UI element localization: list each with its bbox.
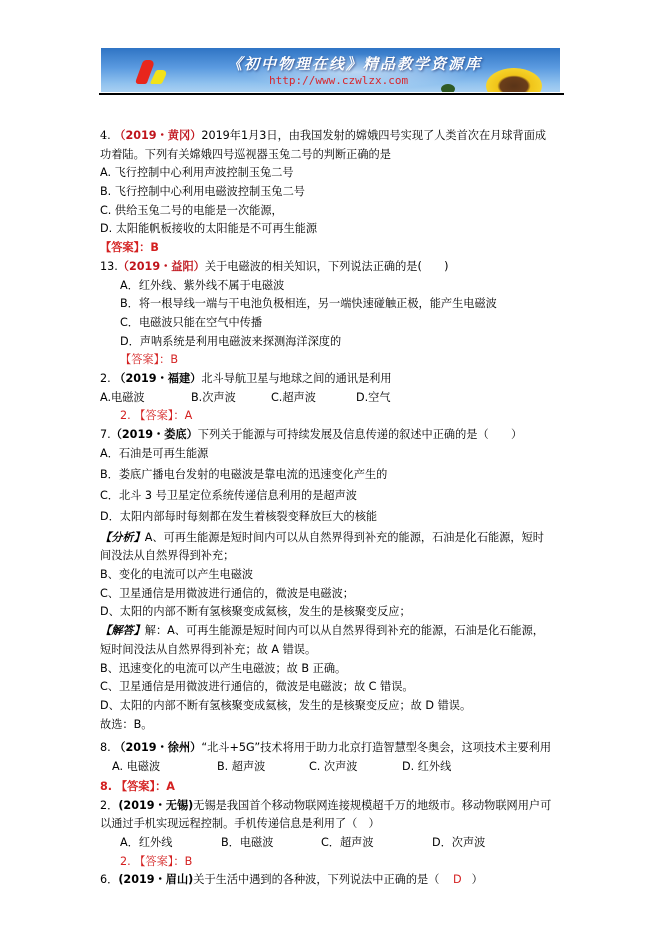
question-number: 13. — [100, 260, 118, 273]
question-2-wuxi-stem-line2: 以通过手机实现远程控制。手机传递信息是利用了（ ） — [100, 815, 570, 834]
question-4-stem-line1: 4. （2019・黄冈）2019年1月3日，由我国发射的嫦娥四号实现了人类首次在… — [100, 127, 570, 146]
option-d: D．次声波 — [432, 834, 485, 853]
question-7-solution-line3: B、迅速变化的电流可以产生电磁波；故 B 正确。 — [100, 660, 570, 679]
question-4-answer: 【答案】：B — [100, 239, 570, 258]
question-7-option-b: B．娄底广播电台发射的电磁波是靠电流的迅速变化产生的 — [100, 466, 570, 487]
question-7-option-c: C．北斗 3 号卫星定位系统传递信息利用的是超声波 — [100, 487, 570, 508]
question-stem: 2019年1月3日，由我国发射的嫦娥四号实现了人类首次在月球背面成 — [201, 129, 546, 142]
question-source: （2019・娄底） — [111, 428, 198, 441]
question-source: （2019・福建） — [114, 372, 201, 385]
question-number: 2. — [100, 372, 111, 385]
question-4-option-b: B. 飞行控制中心利用电磁波控制玉兔二号 — [100, 183, 570, 202]
question-13-option-d: D．声呐系统是利用电磁波来探测海洋深度的 — [100, 333, 570, 352]
question-7-analysis-line5: D、太阳的内部不断有氢核聚变成氦核，发生的是核聚变反应； — [100, 603, 570, 622]
question-source: （2019・徐州） — [114, 741, 201, 754]
question-6-inline-answer: D — [443, 873, 472, 886]
question-stem: 北斗导航卫星与地球之间的通讯是利用 — [201, 372, 391, 385]
option-a: A．红外线 — [120, 834, 221, 853]
document-body: 4. （2019・黄冈）2019年1月3日，由我国发射的嫦娥四号实现了人类首次在… — [100, 127, 570, 890]
czwlzx-logo-accent-icon — [150, 70, 169, 84]
question-stem: 无锡是我国首个移动物联网连接规模超千万的地级市。移动物联网用户可 — [193, 799, 551, 812]
banner-url: http://www.czwlzx.com — [269, 74, 408, 87]
question-stem: 下列关于能源与可持续发展及信息传递的叙述中正确的是（ ） — [198, 428, 522, 441]
question-2-fujian-options: A.电磁波B.次声波C.超声波D.空气 — [100, 389, 570, 408]
question-number: 6． — [100, 873, 118, 886]
question-number: 4. — [100, 129, 111, 142]
question-source: (2019・无锡) — [118, 799, 193, 812]
question-stem: “北斗+5G”技术将用于助力北京打造智慧型冬奥会，这项技术主要利用 — [201, 741, 551, 754]
question-4-option-c: C. 供给玉兔二号的电能是一次能源， — [100, 202, 570, 221]
question-4-stem-line2: 功着陆。下列有关嫦娥四号巡视器玉兔二号的判断正确的是 — [100, 146, 570, 165]
solution-text: 解：A、可再生能源是短时间内可以从自然界得到补充的能源，石油是化石能源， — [145, 624, 544, 637]
option-b: B.次声波 — [191, 389, 271, 408]
question-7-solution-line5: D、太阳的内部不断有氢核聚变成氦核，发生的是核聚变反应；故 D 错误。 — [100, 697, 570, 716]
question-number: 8. — [100, 741, 111, 754]
question-7-option-d: D．太阳内部每时每刻都在发生着核裂变释放巨大的核能 — [100, 508, 570, 529]
analysis-tag: 【分析】 — [100, 531, 145, 544]
option-c: C．超声波 — [321, 834, 432, 853]
question-7-solution-line4: C、卫星通信是用微波进行通信的，微波是电磁波；故 C 错误。 — [100, 678, 570, 697]
question-7-solution-line1: 【解答】解：A、可再生能源是短时间内可以从自然界得到补充的能源，石油是化石能源， — [100, 622, 570, 641]
question-7-analysis-line1: 【分析】A、可再生能源是短时间内可以从自然界得到补充的能源，石油是化石能源，短时 — [100, 529, 570, 548]
question-stem: 关于生活中遇到的各种波，下列说法中正确的是（ — [193, 873, 439, 886]
question-8-answer: 8. 【答案】：A — [100, 778, 570, 797]
question-source: (2019・眉山) — [118, 873, 193, 886]
question-number: 7. — [100, 428, 111, 441]
question-2-wuxi-stem-line1: 2．(2019・无锡)无锡是我国首个移动物联网连接规模超千万的地级市。移动物联网… — [100, 797, 570, 816]
question-6-stem: 6．(2019・眉山)关于生活中遇到的各种波，下列说法中正确的是（ D） — [100, 871, 570, 890]
question-source: （2019・益阳） — [118, 260, 205, 273]
question-13-option-c: C．电磁波只能在空气中传播 — [100, 314, 570, 333]
option-d: D. 红外线 — [402, 758, 451, 777]
sunflower-icon — [486, 68, 542, 92]
header-banner: 《初中物理在线》精品教学资源库 http://www.czwlzx.com — [101, 48, 560, 92]
question-2-fujian-stem: 2. （2019・福建）北斗导航卫星与地球之间的通讯是利用 — [100, 370, 570, 389]
question-13-option-a: A．红外线、紫外线不属于电磁波 — [100, 277, 570, 296]
question-7-solution-line2: 短时间没法从自然界得到补充；故 A 错误。 — [100, 641, 570, 660]
question-13-option-b: B．将一根导线一端与干电池负极相连，另一端快速碰触正极，能产生电磁波 — [100, 295, 570, 314]
document-page: 《初中物理在线》精品教学资源库 http://www.czwlzx.com 4.… — [0, 0, 661, 935]
analysis-text: A、可再生能源是短时间内可以从自然界得到补充的能源，石油是化石能源，短时 — [145, 531, 544, 544]
question-stem-end: ） — [472, 873, 483, 886]
option-b: B. 超声波 — [217, 758, 309, 777]
solution-tag: 【解答】 — [100, 624, 145, 637]
question-7-analysis-line4: C、卫星通信是用微波进行通信的，微波是电磁波； — [100, 585, 570, 604]
question-2-fujian-answer: 2. 【答案】：A — [100, 407, 570, 426]
question-7-analysis-line3: B、变化的电流可以产生电磁波 — [100, 566, 570, 585]
question-7-solution-line6: 故选：B。 — [100, 716, 570, 735]
question-4-option-a: A. 飞行控制中心利用声波控制玉兔二号 — [100, 164, 570, 183]
option-d: D.空气 — [356, 389, 391, 408]
question-7-analysis-line2: 间没法从自然界得到补充； — [100, 547, 570, 566]
question-2-wuxi-options: A．红外线B．电磁波C．超声波D．次声波 — [100, 834, 570, 853]
question-number: 2． — [100, 799, 118, 812]
question-2-wuxi-answer: 2. 【答案】：B — [100, 853, 570, 872]
leaf-decoration-icon — [441, 84, 455, 92]
banner-title: 《初中物理在线》精品教学资源库 — [227, 53, 482, 74]
header-rule — [99, 93, 564, 95]
question-8-stem: 8. （2019・徐州）“北斗+5G”技术将用于助力北京打造智慧型冬奥会，这项技… — [100, 739, 570, 758]
option-c: C.超声波 — [271, 389, 356, 408]
option-a: A.电磁波 — [100, 389, 191, 408]
option-b: B．电磁波 — [221, 834, 321, 853]
question-stem: 关于电磁波的相关知识，下列说法正确的是( ) — [205, 260, 449, 273]
question-13-stem: 13.（2019・益阳）关于电磁波的相关知识，下列说法正确的是( ) — [100, 258, 570, 277]
question-8-options: A. 电磁波B. 超声波C. 次声波D. 红外线 — [100, 758, 570, 778]
option-c: C. 次声波 — [309, 758, 402, 777]
option-a: A. 电磁波 — [112, 758, 217, 777]
question-source: （2019・黄冈） — [114, 129, 201, 142]
question-13-answer: 【答案】：B — [100, 351, 570, 370]
question-7-stem: 7.（2019・娄底）下列关于能源与可持续发展及信息传递的叙述中正确的是（ ） — [100, 426, 570, 445]
question-4-option-d: D. 太阳能帆板接收的太阳能是不可再生能源 — [100, 220, 570, 239]
question-7-option-a: A．石油是可再生能源 — [100, 445, 570, 466]
